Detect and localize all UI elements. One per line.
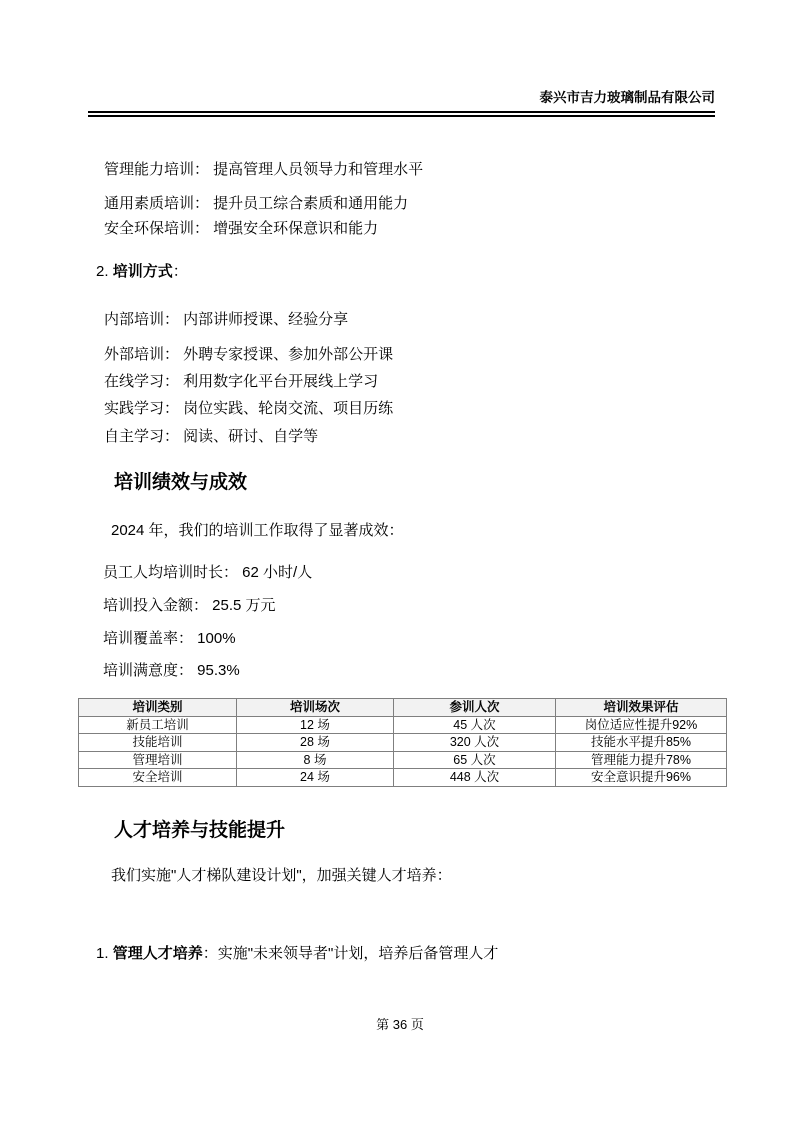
stat-line: 培训覆盖率： 100% (103, 629, 236, 649)
training-type-line: 安全环保培训： 增强安全环保意识和能力 (104, 219, 378, 239)
item-number: 2. (96, 263, 113, 280)
table-cell: 12 场 (237, 716, 394, 734)
colon: ： (203, 945, 218, 962)
table-cell: 8 场 (237, 751, 394, 769)
talent-intro: 我们实施"人才梯队建设计划"，加强关键人才培养： (111, 866, 452, 886)
talent-item-label: 管理人才培养 (113, 945, 203, 962)
table-header-row: 培训类别 培训场次 参训人次 培训效果评估 (79, 699, 727, 717)
method-line: 内部培训： 内部讲师授课、经验分享 (104, 310, 348, 330)
table-cell: 安全培训 (79, 769, 237, 787)
table-cell: 65 人次 (394, 751, 556, 769)
table-cell: 岗位适应性提升92% (556, 716, 727, 734)
table-cell: 24 场 (237, 769, 394, 787)
table-row: 新员工培训 12 场 45 人次 岗位适应性提升92% (79, 716, 727, 734)
table-row: 安全培训 24 场 448 人次 安全意识提升96% (79, 769, 727, 787)
table-cell: 28 场 (237, 734, 394, 752)
training-type-line: 管理能力培训： 提高管理人员领导力和管理水平 (104, 160, 423, 180)
table-header-cell: 培训类别 (79, 699, 237, 717)
header-rule (88, 111, 715, 117)
methods-heading-label: 培训方式 (113, 263, 173, 280)
table-cell: 45 人次 (394, 716, 556, 734)
table-cell: 320 人次 (394, 734, 556, 752)
table-header-cell: 参训人次 (394, 699, 556, 717)
table-cell: 新员工培训 (79, 716, 237, 734)
table-cell: 448 人次 (394, 769, 556, 787)
table-row: 技能培训 28 场 320 人次 技能水平提升85% (79, 734, 727, 752)
page-number: 第 36 页 (0, 1016, 800, 1034)
method-line: 自主学习： 阅读、研讨、自学等 (104, 427, 318, 447)
table-row: 管理培训 8 场 65 人次 管理能力提升78% (79, 751, 727, 769)
table-header-cell: 培训效果评估 (556, 699, 727, 717)
colon: ： (173, 263, 188, 280)
performance-intro: 2024 年，我们的培训工作取得了显著成效： (111, 521, 404, 541)
table-cell: 技能水平提升85% (556, 734, 727, 752)
training-type-line: 通用素质培训： 提升员工综合素质和通用能力 (104, 194, 408, 214)
table-cell: 安全意识提升96% (556, 769, 727, 787)
table-cell: 管理能力提升78% (556, 751, 727, 769)
methods-heading: 2. 培训方式： (96, 262, 188, 282)
method-line: 外部培训： 外聘专家授课、参加外部公开课 (104, 345, 393, 365)
training-stats-table: 培训类别 培训场次 参训人次 培训效果评估 新员工培训 12 场 45 人次 岗… (78, 698, 727, 787)
talent-item-text: 实施"未来领导者"计划，培养后备管理人才 (218, 945, 499, 962)
stat-line: 员工人均培训时长： 62 小时/人 (103, 563, 312, 583)
table-cell: 技能培训 (79, 734, 237, 752)
table-header-cell: 培训场次 (237, 699, 394, 717)
item-number: 1. (96, 945, 113, 962)
method-line: 实践学习： 岗位实践、轮岗交流、项目历练 (104, 399, 393, 419)
table-cell: 管理培训 (79, 751, 237, 769)
stat-line: 培训满意度： 95.3% (103, 661, 240, 681)
talent-item-line: 1. 管理人才培养：实施"未来领导者"计划，培养后备管理人才 (96, 944, 498, 964)
document-page: 泰兴市吉力玻璃制品有限公司 管理能力培训： 提高管理人员领导力和管理水平 通用素… (0, 0, 800, 1131)
method-line: 在线学习： 利用数字化平台开展线上学习 (104, 372, 378, 392)
section-heading-talent: 人才培养与技能提升 (114, 819, 285, 843)
stat-line: 培训投入金额： 25.5 万元 (103, 596, 276, 616)
section-heading-performance: 培训绩效与成效 (114, 471, 247, 495)
company-name: 泰兴市吉力玻璃制品有限公司 (88, 90, 715, 106)
